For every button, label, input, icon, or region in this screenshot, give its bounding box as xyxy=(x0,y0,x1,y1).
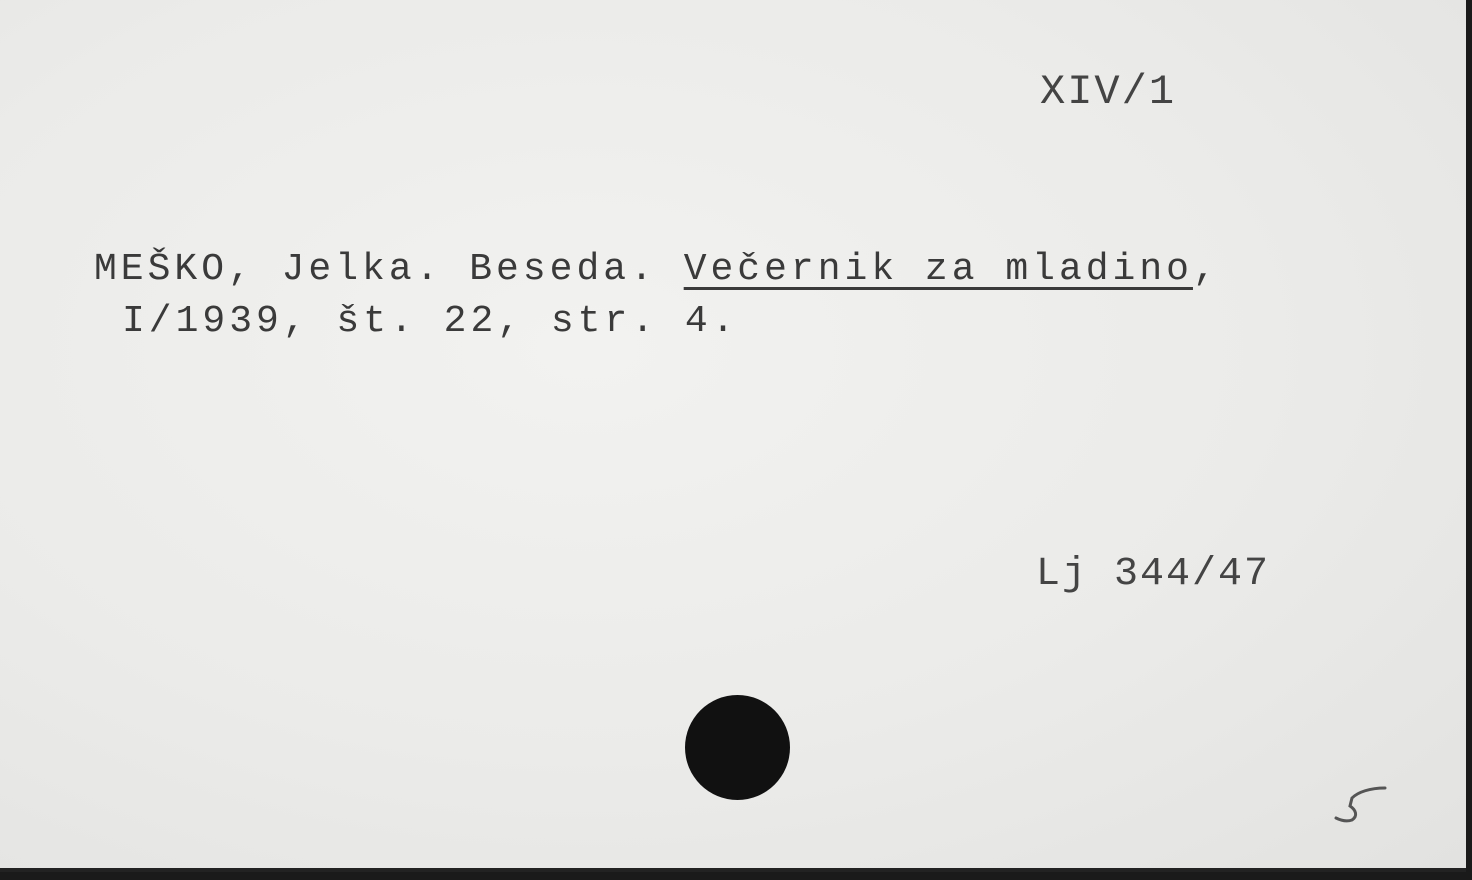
punctuation: , xyxy=(1193,248,1220,291)
author-and-article: MEŠKO, Jelka. Beseda. xyxy=(94,248,684,291)
catalog-card: XIV/1 MEŠKO, Jelka. Beseda. Večernik za … xyxy=(0,0,1466,872)
shelf-mark: XIV/1 xyxy=(1040,68,1176,116)
entry-line-1: MEŠKO, Jelka. Beseda. Večernik za mladin… xyxy=(94,248,1220,291)
location-code: Lj 344/47 xyxy=(1036,552,1270,597)
handwritten-mark-icon xyxy=(1330,780,1390,830)
punch-hole xyxy=(685,695,790,800)
entry-line-2: I/1939, št. 22, str. 4. xyxy=(122,300,739,343)
scan-edge xyxy=(1466,0,1472,880)
publication-title: Večernik za mladino xyxy=(684,248,1193,291)
